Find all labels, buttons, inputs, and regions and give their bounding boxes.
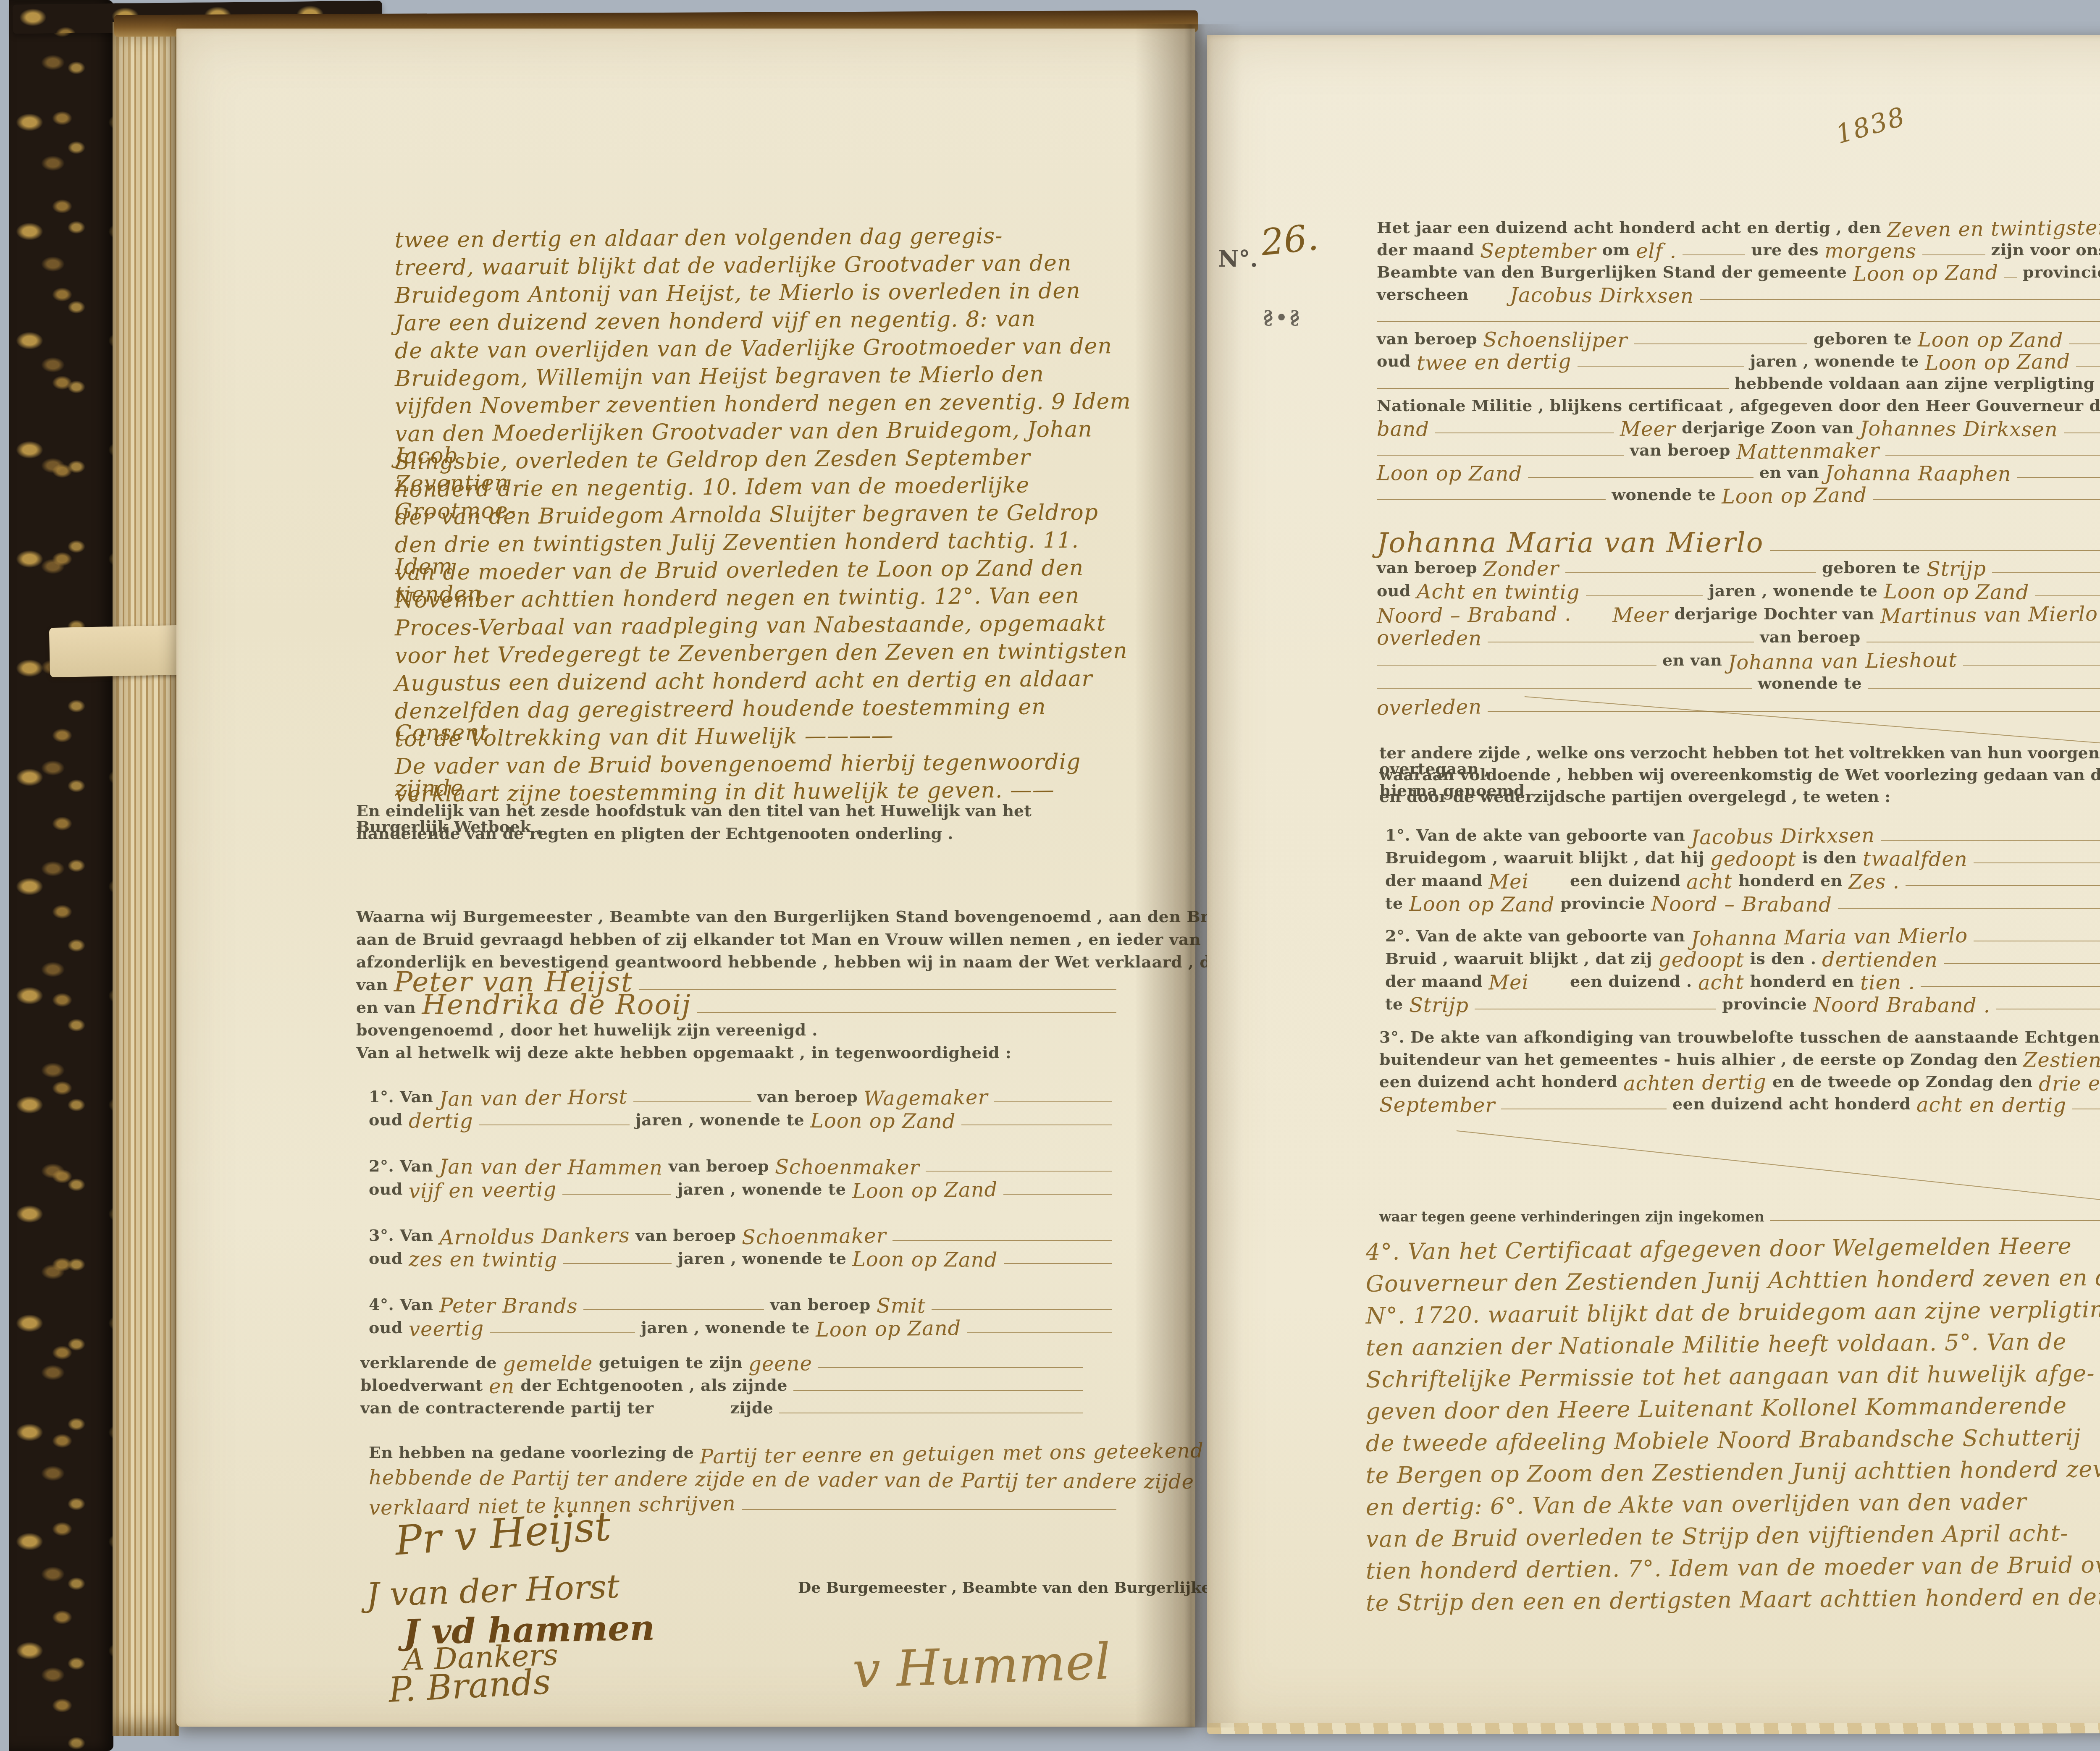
bride-name-line: Johanna Maria van Mierlo [1377, 516, 2100, 557]
handwritten-text: Strijp [1409, 995, 1469, 1016]
printed-text: verklarende de [360, 1355, 497, 1371]
handwritten-text: acht [1698, 972, 1744, 993]
fill-in-rule [639, 989, 1116, 990]
fill-in-rule [1377, 665, 1656, 666]
handwritten-text: Meer [1620, 419, 1676, 440]
printed-text: en van [356, 999, 416, 1015]
text-line: te Strijp den een en dertigsten Maart ac… [1366, 1584, 2100, 1624]
groom-form-block: Het jaar een duizend acht honderd acht e… [1377, 217, 2100, 506]
text-line: bandMeerderjarige Zoon vanJohannes Dirkx… [1377, 417, 2100, 439]
text-line: ter andere zijde , welke ons verzocht he… [1379, 745, 2100, 767]
text-line: verklarende degemeldegetuigen te zijngee… [360, 1351, 1083, 1374]
handwritten-text: Johanna Raaphen [1825, 463, 2011, 484]
handwritten-text: Jacobus Dirkxsen [1510, 285, 1694, 306]
printed-text: der maand [1385, 973, 1483, 989]
witness-relation-clause: verklarende degemeldegetuigen te zijngee… [360, 1351, 1083, 1419]
handwritten-text: Mei [1488, 871, 1529, 892]
text-line: van beroepSchoenslijpergeboren teLoon op… [1377, 328, 2100, 350]
handwritten-text: Mattenmaker [1736, 440, 1880, 462]
handwritten-text: Loon op Zand [1377, 463, 1522, 484]
printed-text: der maand [1377, 242, 1474, 258]
handwritten-text: hebbende de Partij ter andere zijde en d… [369, 1468, 1194, 1492]
fill-in-rule [1770, 550, 2100, 551]
fill-in-rule [1873, 499, 2100, 500]
printed-request-clause: ter andere zijde , welke ons verzocht he… [1379, 745, 2100, 810]
fill-in-rule [1528, 477, 1753, 478]
text-line: der maandMeieen duizend .achthonderd ent… [1385, 970, 2100, 993]
signature-witness-1: J van der Horst [366, 1568, 620, 1614]
handwritten-text: overleden [1377, 628, 1482, 648]
printed-text: honderd en [1750, 973, 1854, 989]
fill-in-rule [490, 1332, 635, 1333]
text-line: en vanHendrika de Rooij [356, 996, 1116, 1019]
printed-text: Bruidegom , waaruit blijkt , dat hij [1385, 850, 1704, 866]
text-line: teLoon op ZandprovincieNoord – Braband [1385, 892, 2100, 915]
text-line: Bruid , waaruit blijkt , dat zijgedoopti… [1385, 947, 2100, 970]
witness-list: 1°. VanJan van der Horstvan beroepWagema… [369, 1085, 1112, 1339]
printed-text: getuigen te zijn [599, 1355, 743, 1371]
text-line: 3°. VanArnoldus Dankersvan beroepSchoenm… [369, 1224, 1112, 1247]
printed-text: om [1602, 242, 1630, 258]
text-line: aan de Bruid gevraagd hebben of zij elka… [356, 928, 1116, 951]
printed-text: provincie [1560, 895, 1645, 911]
handwritten-text: Partij ter eenre en getuigen met ons get… [700, 1441, 1204, 1467]
handwritten-text: tien . [1860, 972, 1915, 993]
text-line: van beroepMattenmakerwonende te [1377, 439, 2100, 461]
printed-text-small: waar tegen geene verhinderingen zijn ing… [1379, 1210, 1764, 1224]
fill-in-rule [1700, 299, 2100, 300]
handwritten-text: Jan van der Horst [439, 1087, 627, 1109]
printed-text: geboren te [1813, 331, 1911, 347]
handwritten-text: veertig [409, 1318, 484, 1339]
signature-burgomaster: v Hummel [852, 1632, 1112, 1699]
text-line: Waarna wij Burgemeester , Beambte van de… [356, 905, 1116, 928]
printed-text: 4°. Van [369, 1297, 433, 1313]
handwritten-text: elf . [1636, 241, 1677, 262]
printed-text: wonende te [1612, 487, 1716, 503]
text-line: Nationale Militie , blijkens certificaat… [1377, 395, 2100, 417]
printed-text: jaren , wonende te [635, 1112, 804, 1128]
fill-in-rule [479, 1125, 630, 1125]
printed-text: van beroep [1760, 629, 1860, 645]
text-line [1377, 306, 2100, 328]
printed-text: jaren , wonende te [1750, 353, 1919, 369]
printed-text: provincie [1722, 996, 1807, 1012]
printed-text: geboren te [1822, 560, 1920, 576]
handwritten-text: en [489, 1376, 515, 1397]
handwritten-text: Strijp [1926, 558, 1986, 579]
text-line: hebbende voldaan aan zijne verpligting t… [1377, 372, 2100, 395]
fill-in-rule [1475, 1009, 1716, 1009]
fill-in-rule [1921, 986, 2100, 987]
printed-text: Bruid , waaruit blijkt , dat zij [1385, 951, 1652, 967]
text-line: 2°. Van de akte van geboorte vanJohanna … [1385, 925, 2100, 947]
printed-text: honderd en [1738, 873, 1843, 889]
bride-form-block: van beroepZondergeboren teStrijpoudAcht … [1377, 556, 2100, 718]
handwritten-text: zes en twintig [409, 1249, 557, 1270]
no-objections-line: waar tegen geene verhinderingen zijn ing… [1379, 1206, 2100, 1227]
printed-clause-wetboek: En eindelijk van het zesde hoofdstuk van… [356, 803, 1112, 848]
handwritten-text: gedoopt [1710, 849, 1796, 869]
handwritten-text: Arnoldus Dankers [439, 1225, 630, 1248]
birth-record-groom-block: 1°. Van de akte van geboorte vanJacobus … [1385, 824, 2100, 915]
printed-text: van beroep [770, 1297, 870, 1313]
fill-in-rule [1488, 642, 1754, 642]
text-line: verscheenJacobus Dirkxsen [1377, 283, 2100, 306]
printed-text: 1°. Van de akte van geboorte van [1385, 827, 1685, 843]
handwritten-text: Noord Braband . [1813, 995, 1990, 1016]
printed-text: een duizend [1570, 873, 1680, 889]
printed-text: oud [1377, 583, 1411, 599]
printed-text: een duizend acht honderd [1379, 1074, 1617, 1090]
printed-text: is den . [1750, 951, 1816, 967]
fill-in-rule [563, 1263, 672, 1264]
fill-in-rule [1974, 941, 2100, 941]
fill-in-rule [779, 1413, 1083, 1413]
printed-text: oud [369, 1250, 403, 1266]
handwritten-text: vijf en veertig [409, 1180, 557, 1201]
handwritten-text: dertig [409, 1111, 473, 1132]
printed-text: een duizend . [1570, 973, 1692, 989]
printed-text: te [1385, 895, 1403, 911]
fill-in-rule [1868, 688, 2100, 689]
printed-text: der maand [1385, 873, 1483, 889]
fill-in-rule [1435, 433, 1614, 433]
printed-text: 1°. Van [369, 1089, 433, 1105]
text-line: Noord – Braband .Meerderjarige Dochter v… [1377, 602, 2100, 625]
fill-in-rule [793, 1390, 1083, 1391]
text-line: bloedverwantender Echtgenooten , als zij… [360, 1374, 1083, 1397]
text-line: 1°. VanJan van der Horstvan beroepWagema… [369, 1085, 1112, 1108]
handwritten-text: drie en twintigsten [2038, 1072, 2100, 1094]
handwritten-text: dertienden [1822, 949, 1938, 970]
printed-text: jaren , wonende te [677, 1250, 846, 1266]
text-line: denzelfden dag geregistreerd houdende to… [395, 695, 1134, 728]
fill-in-rule [1992, 572, 2100, 573]
printed-text: jaren , wonende te [1709, 583, 1877, 599]
handwritten-text: Loon op Zand [1853, 262, 1998, 284]
fill-in-rule [1885, 455, 2100, 456]
fill-in-rule [1565, 572, 1816, 573]
printed-text: ure des [1751, 242, 1819, 258]
text-line: oudvijf en veertigjaren , wonende teLoon… [369, 1177, 1112, 1201]
text-line: waaraan voldoende , hebben wij overeenko… [1379, 767, 2100, 789]
printed-text: En hebben na gedane voorlezing de [369, 1444, 694, 1460]
handwritten-text: overleden [1377, 697, 1482, 718]
text-line: der maandSeptemberomelf .ure desmorgensz… [1377, 239, 2100, 261]
fill-in-rule [1944, 963, 2100, 964]
handwritten-text: Mei [1488, 972, 1529, 993]
text-line [369, 1201, 1112, 1224]
handwritten-text: geene [748, 1353, 812, 1374]
handwritten-text: September [1480, 241, 1596, 261]
fill-in-rule [1906, 885, 2100, 886]
handwritten-text: acht [1686, 871, 1732, 892]
text-line: oudtwee en dertigjaren , wonende teLoon … [1377, 350, 2100, 372]
fill-in-rule [1501, 1109, 1667, 1109]
text-line: overledenvan beroepwonende te [1377, 625, 2100, 648]
handwritten-text: Johannes Dirkxsen [1860, 419, 2058, 440]
handwritten-text: twaalfden [1863, 849, 1968, 869]
fill-in-rule [1963, 665, 2100, 666]
printed-text: en de tweede op Zondag den [1772, 1074, 2033, 1090]
printed-text: van beroep [635, 1227, 736, 1243]
printed-text: Van al hetwelk wij deze akte hebben opge… [356, 1045, 1011, 1061]
text-line: hebbende de Partij ter andere zijde en d… [369, 1464, 1116, 1490]
fill-in-rule [2069, 343, 2100, 344]
handwritten-text: Loon op Zand [852, 1249, 998, 1270]
printed-text: van beroep [1377, 560, 1477, 576]
handwritten-text: Schoenslijper [1483, 330, 1627, 351]
fill-in-rule [1377, 455, 1624, 456]
handwritten-text: Zes . [1848, 871, 1900, 892]
handwritten-text: Loon op Zand [810, 1111, 956, 1132]
handwritten-text: gedoopt [1658, 949, 1744, 970]
text-line: handelende van de regten en pligten der … [356, 826, 1112, 848]
printed-text: van de contracterende partij ter [360, 1400, 654, 1416]
fill-in-rule [1377, 388, 1729, 389]
text-line: Van al hetwelk wij deze akte hebben opge… [356, 1041, 1116, 1064]
text-line: 3°. De akte van afkondiging van trouwbel… [1379, 1026, 2100, 1049]
printed-text: en van [1662, 652, 1722, 668]
fill-in-rule [1377, 688, 1752, 689]
book-cover-left [9, 0, 113, 1751]
printed-text: oud [369, 1181, 403, 1197]
fill-in-rule [1004, 1263, 1112, 1264]
text-line: oudveertigjaren , wonende teLoon op Zand [369, 1316, 1112, 1339]
printed-text: 3°. De akte van afkondiging van trouwbel… [1379, 1029, 2100, 1045]
fill-in-rule [1838, 908, 2100, 909]
printed-text: hebbende voldaan aan zijne verpligting t… [1735, 375, 2100, 391]
record-number-value: 26. [1259, 216, 1320, 264]
printed-text: Waarna wij Burgemeester , Beambte van de… [356, 909, 1316, 925]
printed-text: aan de Bruid gevraagd hebben of zij elka… [356, 931, 1241, 947]
text-line: en vanJohanna van Lieshout [1377, 648, 2100, 671]
printed-text: 2°. Van de akte van geboorte van [1385, 928, 1685, 944]
fill-in-rule [1996, 1009, 2100, 1009]
fill-in-rule [1377, 499, 1606, 500]
text-line: oudAcht en twintigjaren , wonende teLoon… [1377, 579, 2100, 602]
printed-text: 3°. Van [369, 1227, 433, 1243]
printed-text: en van [1759, 464, 1819, 480]
fill-in-rule [1770, 1220, 2100, 1221]
fill-in-rule [1866, 642, 2100, 642]
handwritten-text: Loon op Zand [1918, 330, 2063, 351]
handwritten-text: Jan van der Hammen [439, 1157, 663, 1178]
handwritten-text: Loon op Zand [816, 1318, 961, 1340]
printed-text: verscheen [1377, 286, 1469, 302]
handwritten-name: Johanna Maria van Mierlo [1377, 529, 1764, 557]
text-line: der maandMeieen duizendachthonderd enZes… [1385, 869, 2100, 892]
printed-text: wonende te [1758, 675, 1862, 691]
text-line: van de contracterende partij terzijde [360, 1397, 1083, 1419]
fill-in-rule [1922, 254, 1985, 255]
handwritten-text: morgens [1824, 241, 1916, 261]
banns-announcement-block: 3°. De akte van afkondiging van trouwbel… [1379, 1026, 2100, 1115]
fill-in-rule [2004, 277, 2017, 278]
printed-text: van beroep [757, 1089, 858, 1105]
fill-in-rule [1683, 254, 1745, 255]
signature-witness-4: P. Brands [388, 1662, 552, 1710]
printed-text: derjarige Dochter van [1674, 606, 1874, 622]
fill-in-rule [2072, 1109, 2100, 1109]
handwritten-text: Schoenmaker [775, 1157, 920, 1178]
text-line: 2°. VanJan van der Hammenvan beroepSchoe… [369, 1154, 1112, 1177]
handwritten-text: Loon op Zand [852, 1180, 997, 1201]
text-line: 4°. VanPeter Brandsvan beroepSmit [369, 1293, 1112, 1316]
fill-in-rule [1488, 711, 2100, 712]
printed-text: jaren , wonende te [677, 1181, 846, 1197]
handwritten-text: Loon op Zand [1409, 894, 1555, 915]
fill-in-rule [633, 1101, 751, 1102]
printed-text: van beroep [1630, 442, 1730, 458]
text-line: Septembereen duizend acht honderdacht en… [1379, 1093, 2100, 1115]
printed-text: oud [369, 1320, 403, 1336]
handwritten-text: Johanna van Lieshout [1728, 650, 1957, 673]
printed-text: te [1385, 996, 1403, 1012]
printed-text: buitendeur van het gemeentes - huis alhi… [1379, 1051, 2017, 1067]
handwritten-text: Zonder [1483, 558, 1559, 579]
printed-text: der Echtgenooten , als zijnde [520, 1377, 787, 1393]
printed-text: zijde [730, 1400, 773, 1416]
fill-in-rule [932, 1309, 1112, 1310]
printed-text: 2°. Van [369, 1158, 433, 1174]
handwritten-text: Smit [877, 1296, 926, 1316]
handwritten-text: Schoenmaker [742, 1226, 887, 1248]
handwritten-text: Jacobus Dirkxsen [1691, 825, 1875, 847]
printed-text: derjarige Zoon van [1682, 420, 1854, 436]
printed-text: van beroep [1377, 331, 1477, 347]
printed-text: bovengenoemd , door het huwelijk zijn ve… [356, 1022, 818, 1038]
printed-text: van [356, 977, 388, 993]
printed-text: bloedverwant [360, 1377, 483, 1393]
handwritten-text: Peter Brands [439, 1295, 578, 1316]
printed-text: Het jaar een duizend acht honderd acht e… [1377, 220, 1881, 236]
text-line: En hebben na gedane voorlezing dePartij … [369, 1438, 1116, 1464]
text-line: bovengenoemd , door het huwelijk zijn ve… [356, 1019, 1116, 1041]
fill-in-rule [926, 1171, 1112, 1172]
printed-text: oud [1377, 353, 1411, 369]
handwritten-text: Zestienden , September [2023, 1050, 2100, 1071]
text-line: wonende teLoon op Zandter eenre , en . [1377, 484, 2100, 506]
fill-in-rule [1634, 343, 1808, 344]
handwritten-text: Loon op Zand [1722, 485, 1867, 507]
handwritten-text: achten dertig [1623, 1072, 1767, 1094]
printed-text: Nationale Militie , blijkens certificaat… [1377, 398, 2100, 414]
handwritten-year-mark: 1838 [1832, 101, 1909, 150]
marriage-declaration-block: Waarna wij Burgemeester , Beambte van de… [356, 905, 1116, 1064]
printers-ornament-icon: §•§ [1261, 307, 1299, 329]
text-line: Loon op Zanden vanJohanna Raaphen [1377, 461, 2100, 484]
printed-text: oud [369, 1112, 403, 1128]
text-line: teStrijpprovincieNoord Braband . [1385, 993, 2100, 1015]
printed-text: zijn voor ons Burgemeester [1991, 242, 2100, 258]
handwritten-text: gemelde [503, 1353, 593, 1375]
page-stack-left-edge [113, 22, 179, 1736]
reading-and-signing-clause: En hebben na gedane voorlezing dePartij … [369, 1438, 1116, 1516]
parchment-bookmark-tab [49, 625, 181, 678]
handwritten-text: Zeven en twintigsten [1887, 218, 2100, 241]
fill-in-rule [2064, 433, 2100, 433]
text-line: oudzes en twintigjaren , wonende teLoon … [369, 1247, 1112, 1270]
text-line: Het jaar een duizend acht honderd acht e… [1377, 217, 2100, 239]
handwritten-name: Hendrika de Rooij [422, 991, 691, 1019]
text-line: een duizend acht honderdachten dertigen … [1379, 1071, 2100, 1093]
scanned-register-photo: { "annotations": { "year_mark": "1838", … [0, 0, 2100, 1751]
handwritten-text: Johanna Maria van Mierlo [1691, 925, 1968, 949]
text-line: 1°. Van de akte van geboorte vanJacobus … [1385, 824, 2100, 847]
text-line [369, 1270, 1112, 1293]
handwritten-text: acht en dertig [1916, 1095, 2066, 1116]
text-line: Bruidegom , waaruit blijkt , dat hijgedo… [1385, 847, 2100, 869]
text-line: buitendeur van het gemeentes - huis alhi… [1379, 1049, 2100, 1071]
text-line: ouddertigjaren , wonende teLoon op Zand [369, 1108, 1112, 1131]
fill-in-rule [1003, 1194, 1112, 1195]
fill-in-rule [994, 1101, 1112, 1102]
handwritten-text: Loon op Zand [1924, 351, 2070, 373]
printed-text: is den [1802, 850, 1857, 866]
handwritten-text: Loon op Zand [1883, 582, 2029, 603]
handwritten-text: band [1377, 419, 1429, 440]
handwritten-text: Acht en twintig [1417, 582, 1580, 603]
fill-in-rule [2076, 366, 2100, 367]
text-line: En eindelijk van het zesde hoofdstuk van… [356, 803, 1112, 826]
handwritten-text: September [1379, 1095, 1496, 1115]
handwritten-text: Noord – Braband [1651, 894, 1832, 915]
handwritten-text: twee en dertig [1417, 351, 1572, 373]
fill-in-rule [1578, 366, 1744, 367]
text-line: van beroepZondergeboren teStrijp [1377, 556, 2100, 579]
right-page: 1838 27 N°. 26. §•§ Het jaar een duizend… [1207, 35, 2100, 1728]
fill-in-rule [892, 1240, 1112, 1241]
fill-in-rule [1881, 840, 2100, 841]
record-number-label: N°. [1218, 245, 1258, 272]
handwritten-text: Meer [1612, 605, 1668, 626]
fill-in-rule [2017, 477, 2100, 478]
fill-in-rule [1586, 595, 1703, 596]
fill-in-rule [967, 1332, 1112, 1333]
fill-in-rule [1377, 321, 2100, 322]
printed-text: een duizend acht honderd [1672, 1096, 1911, 1112]
text-line: waar tegen geene verhinderingen zijn ing… [1379, 1206, 2100, 1227]
text-line: Johanna Maria van Mierlo [1377, 516, 2100, 557]
printed-text: Beambte van den Burgerlijken Stand der g… [1377, 264, 1847, 280]
printed-text: van beroep [669, 1158, 769, 1174]
left-page: twee en dertig en aldaar den volgenden d… [176, 29, 1195, 1727]
text-line: Beambte van den Burgerlijken Stand der g… [1377, 261, 2100, 283]
fill-in-rule [2035, 595, 2100, 596]
handwritten-text: Noord – Braband . [1377, 604, 1572, 626]
text-line: wonende te [1377, 671, 2100, 695]
printed-text: jaren , wonende te [641, 1320, 810, 1336]
fill-in-rule [818, 1367, 1083, 1368]
fill-in-rule [961, 1125, 1112, 1125]
text-line: en door de wederzijdsche partijen overge… [1379, 789, 2100, 810]
text-line [369, 1131, 1112, 1154]
fill-in-rule [697, 1012, 1116, 1013]
handwritten-text: Martinus van Mierlo [1880, 604, 2098, 626]
printed-text: provincie Noord - Braband , [2023, 264, 2100, 280]
fill-in-rule [562, 1194, 671, 1195]
handwritten-documents-list: 4°. Van het Certificaat afgegeven door W… [1366, 1237, 2100, 1620]
fill-in-rule [583, 1309, 764, 1310]
handwritten-continuation-paragraph: twee en dertig en aldaar den volgenden d… [395, 227, 1134, 809]
fill-in-rule [1974, 862, 2100, 863]
handwritten-text: Wagemaker [864, 1087, 988, 1109]
birth-record-bride-block: 2°. Van de akte van geboorte vanJohanna … [1385, 925, 2100, 1015]
fill-in-rule [742, 1509, 1116, 1510]
